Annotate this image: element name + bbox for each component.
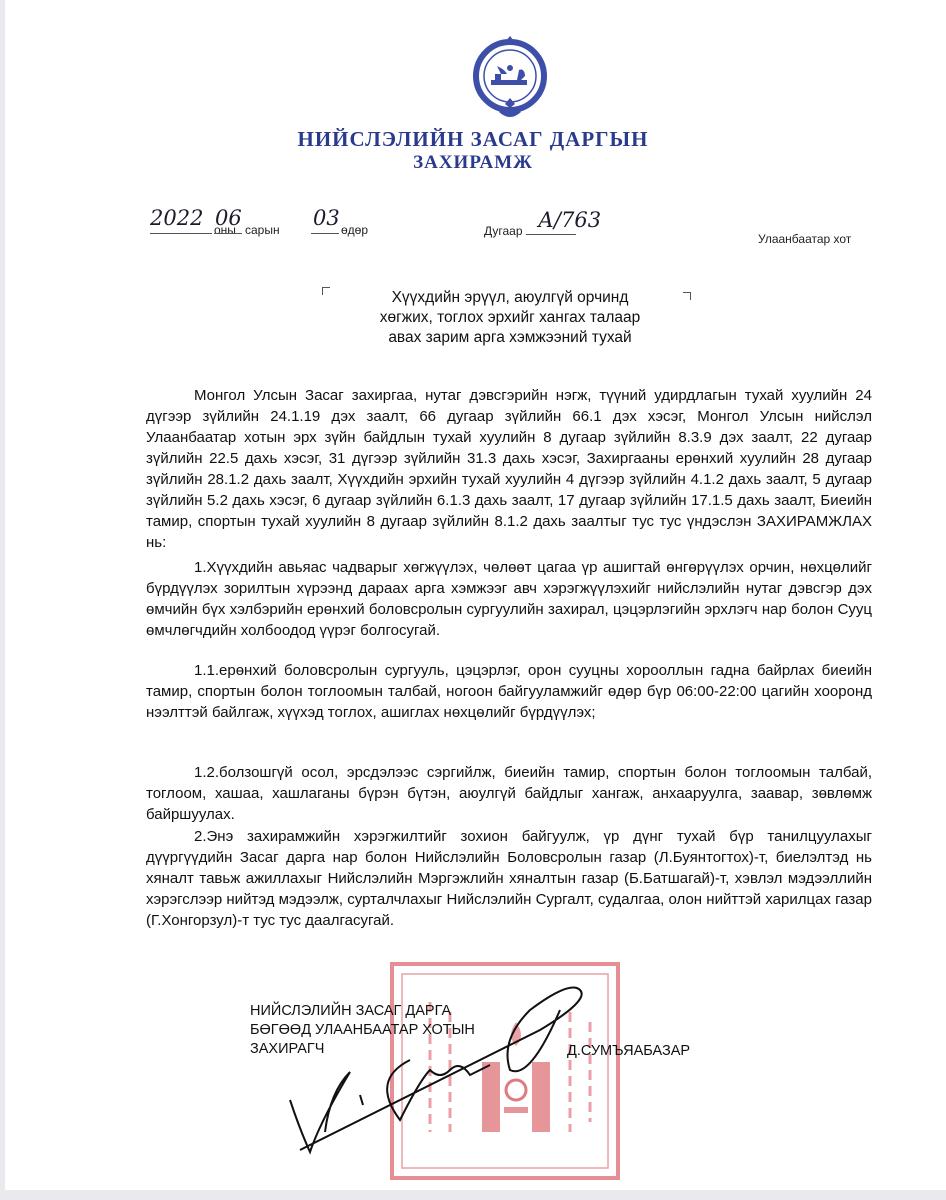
clause-2: 2.Энэ захирамжийн хэрэгжилтийг зохион ба… — [146, 826, 872, 931]
year-underline — [150, 233, 212, 234]
date-month: 06 — [215, 206, 242, 230]
subject-corner-left — [322, 287, 330, 295]
month-suffix: сарын — [245, 223, 280, 237]
clause-1-2: 1.2.болзошгүй осол, эрсдэлээс сэргийлж, … — [146, 762, 872, 825]
handwritten-signature — [280, 960, 610, 1160]
clause-1-1: 1.1.ерөнхий боловсролын сургууль, цэцэрл… — [146, 660, 872, 723]
city-label: Улаанбаатар хот — [758, 232, 851, 246]
subject-line: авах зарим арга хэмжээний тухай — [330, 328, 690, 348]
issuer-title: НИЙСЛЭЛИЙН ЗАСАГ ДАРГЫН — [0, 127, 946, 152]
date-year: 2022 — [150, 206, 203, 230]
document-type-title: ЗАХИРАМЖ — [0, 152, 946, 174]
preamble-paragraph: Монгол Улсын Засаг захиргаа, нутаг дэвсг… — [146, 385, 872, 553]
day-underline — [311, 233, 339, 234]
month-underline — [214, 233, 242, 234]
number-label: Дугаар — [484, 224, 523, 238]
day-suffix: өдөр — [341, 223, 368, 237]
subject-line: хөгжих, тоглох эрхийг хангах талаар — [330, 308, 690, 328]
clause-1: 1.Хүүхдийн авьяас чадварыг хөгжүүлэх, чө… — [146, 557, 872, 641]
date-day: 03 — [313, 206, 340, 230]
mongolia-state-emblem-icon — [469, 30, 551, 130]
subject-heading: Хүүхдийн эрүүл, аюулгүй орчинд хөгжих, т… — [330, 288, 690, 348]
number-underline — [526, 234, 576, 235]
document-number: А/763 — [538, 208, 601, 232]
subject-line: Хүүхдийн эрүүл, аюулгүй орчинд — [330, 288, 690, 308]
